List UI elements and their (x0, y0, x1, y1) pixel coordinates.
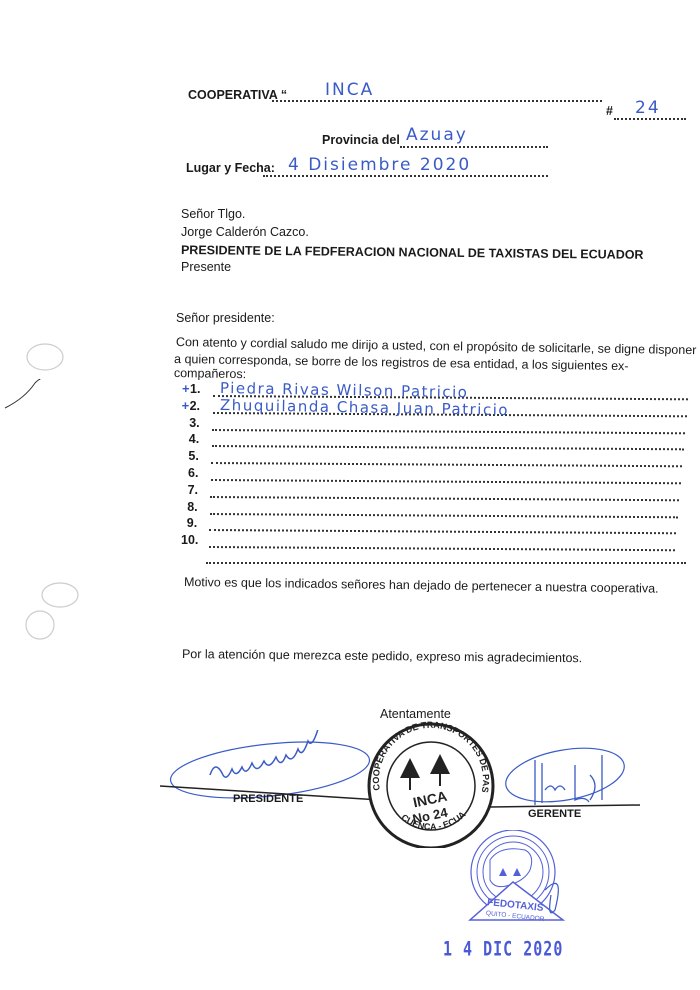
fedotaxis-seal: FEDOTAXIS QUITO - ECUADOR (445, 830, 575, 935)
provincia-label: Provincia del (322, 133, 400, 147)
list-item-number: 2. (190, 399, 200, 413)
list-item-field-line (208, 546, 674, 551)
list-item-number: 4. (189, 432, 199, 446)
list-item-number: 3. (189, 416, 199, 430)
list-item-number: 7. (188, 483, 198, 497)
list-item-field-line (209, 529, 676, 534)
number-field-line (614, 118, 686, 120)
provincia-field-line (400, 146, 548, 148)
list-item-field-line (212, 429, 685, 434)
recipient-title: PRESIDENTE DE LA FEDFERACION NACIONAL DE… (181, 243, 644, 262)
closing-text: Por la atención que merezca este pedido,… (182, 647, 582, 665)
checkmark-icon: + (182, 381, 190, 396)
number-value[interactable]: 24 (635, 98, 661, 118)
list-item-number: 5. (188, 449, 198, 463)
inca-cooperative-seal: COOPERATIVA DE TRANSPORTES DE PASAJEROS … (360, 718, 500, 848)
received-date-stamp: 1 4 DIC 2020 (443, 937, 563, 960)
number-label: # (606, 104, 613, 118)
list-item-number: 6. (188, 466, 198, 480)
checkmark-icon: + (182, 398, 190, 413)
list-item-field-line (210, 479, 680, 484)
list-item-number: 10. (181, 533, 198, 547)
list-item-field-line (210, 496, 679, 501)
list-item-number: 9. (187, 516, 197, 530)
recipient-presente: Presente (181, 260, 231, 274)
gerente-label: GERENTE (528, 808, 581, 820)
presidente-signature (160, 730, 380, 830)
greeting: Señor presidente: (176, 311, 275, 325)
cooperativa-field-line (272, 100, 602, 102)
motivo-text: Motivo es que los indicados señores han … (184, 575, 659, 596)
scan-artifacts (0, 320, 120, 650)
list-item-number: 8. (187, 500, 197, 514)
recipient-salutation: Señor Tlgo. (181, 207, 245, 221)
list-item-field-line (209, 513, 677, 518)
lugar-fecha-field-line (263, 175, 548, 177)
presidente-label: PRESIDENTE (233, 793, 303, 805)
gerente-signature (490, 745, 640, 835)
list-item-field-line (211, 462, 682, 467)
lugar-fecha-value[interactable]: 4 Disiembre 2020 (288, 155, 471, 175)
list-item-field-line (211, 445, 683, 450)
provincia-value[interactable]: Azuay (406, 125, 468, 145)
list-trailing-line (206, 562, 686, 564)
recipient-name: Jorge Calderón Cazco. (181, 225, 309, 239)
cooperativa-value[interactable]: INCA (325, 80, 374, 100)
lugar-fecha-label: Lugar y Fecha: (186, 161, 275, 175)
list-item-number: 1. (190, 382, 200, 396)
